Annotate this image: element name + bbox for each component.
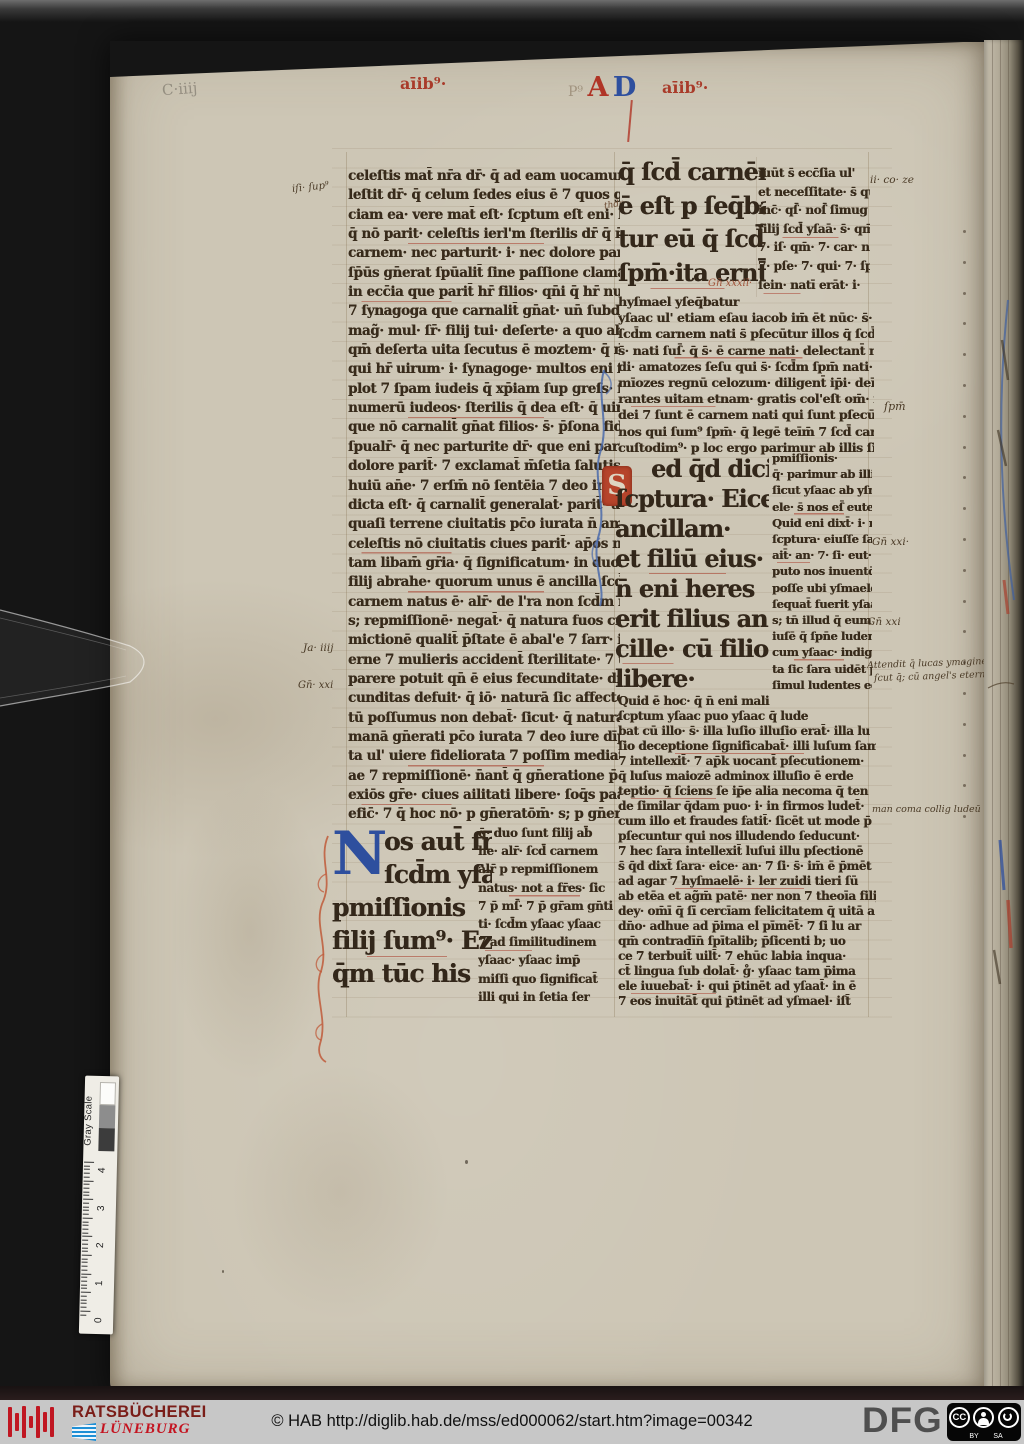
ruler-tick [84,1162,94,1163]
margin-note: Gn̄· xxi [298,680,333,691]
text-line: quaſi terrene ciuitatis pc̄o iurata n̄ a… [348,515,620,534]
text-line: q̄ nō parit· celeſtis ierl'm ſterilis dr… [348,225,620,244]
text-line: ait̄· an· 7· ſi· eut· s̄· ē· [772,547,872,563]
ruler-tick [81,1269,87,1270]
text-line: ele iuuebat̄· i· qui p̄tinēt ad yſaat̄· … [618,979,876,994]
text-line: huiū an̄e· 7 erſm̄ nō ſentēia 7 deo intr… [348,477,620,496]
text-line: poſſe ubi yſmaelē p [772,580,872,596]
text-line: ſio deceptione ſignificabat̄· illi luſum… [618,739,876,754]
ruler-tick [82,1247,88,1248]
prick-mark-dot [963,692,966,695]
calibration-patch-white [99,1082,116,1105]
gray-scale-label: Gray Scale [82,1082,100,1160]
text-line: natus· not a fr̄es· ſic [478,879,620,897]
text-line: tū poſſumus non debat̄· ſicut· q̄ natura… [348,709,620,728]
text-line: ſpualr̄· q̄ nec parturite dr̄· que eni p… [348,438,620,457]
ruler-tick [82,1243,88,1244]
prick-mark-dot [963,507,966,510]
text-line: 7 ad ſimilitudinem [478,933,620,951]
ruler-tick [82,1232,88,1233]
manuscript-page: C·iiij aīib⁹· P⁹ A D aīib⁹· iſi· ſup⁹ Ja… [110,42,988,1396]
cc-sa-icon [998,1407,1019,1428]
text-line: hyſmael yſeq̄batur [618,294,874,310]
text-line: yſaac ul' etiam eſau iacob im̄ ēt nūc· s… [618,310,874,326]
verse-heading-scriptura: ed q̄d dicitſcptura· Eiceancillam·et fil… [615,454,769,696]
prick-mark-dot [963,815,966,818]
running-title-letter-a: A [588,72,609,103]
text-line: di· amatozes ſeſu qui s̄· ſcd̄m ſpm̄ nat… [618,359,874,375]
text-line: 7 intellexit̄· 7 ap̄k uocant̄ pſecutione… [618,754,876,769]
calibration-patch-black [98,1128,115,1151]
ruler-scale: 43210 [85,1076,119,1077]
commentary-side-mid: pmiſſionis·q̄· parimur ab illisſicut yſa… [772,450,872,696]
text-line: q̄ ſcd̄ carnēna [618,155,766,189]
text-line: ſimul ludentes eod̄· [772,677,872,693]
text-line: pmiſſionis· [772,450,872,466]
text-line: s̄· nati ſuſ̄· q̄ s̄· ē carne nati· dele… [618,343,874,359]
commentary-side-top: iuūt s̄ ecc̄ſia ul'et neceſſitate· s̄ qu… [758,164,870,298]
pencil-foliation-mark: C·iiij [161,79,197,99]
prick-mark-dot [963,600,966,603]
text-line: iuūt s̄ ecc̄ſia ul' [758,164,870,183]
ruler-tick [81,1292,91,1293]
text-line: pſecuntur qui nos illudendo ſeducunt· [618,829,876,844]
prick-mark-dot [963,230,966,233]
text-line: ad agar 7 hyſmaelē· i· ler zuidi tieri ſ… [618,874,876,889]
text-line: et filiū eius· [615,544,769,574]
ruler-tick [84,1176,90,1177]
text-line: ſein· natī erāt· i· [758,276,870,295]
text-line: yſaac· yſaac imp̄ [478,951,620,969]
prick-mark-dot [963,630,966,633]
prick-mark-dot [963,476,966,479]
text-line: puto nos inuentq̄ [772,563,872,579]
text-line: ancillam· [615,514,769,544]
text-line: filij abrahe· quorum unus ē ancilla ſcd̄ [348,573,620,592]
text-line: dn̄o· adhue ad p̄ima el pīmēt̄· 7 ſi lu … [618,919,876,934]
cc-license-badge: CC BY SA [947,1403,1021,1441]
ruler-tick [82,1229,88,1230]
text-line: s; repmiſſionē· negat̄· q̄ natura fuos c… [348,612,620,631]
text-line: Quid eni dixt̄· i· reſēr [772,515,872,531]
prick-mark-dot [963,384,966,387]
ruler-number: 4 [97,1159,109,1173]
text-line: cum illo et fraudes fatit̄· ſicēt ut mod… [618,814,876,829]
text-line: cille· cū filio [615,634,769,664]
text-line: plot 7 ſpam iudeis q̄ xp̄iam ſup greſs· … [348,380,620,399]
text-line: erit filius an [615,604,769,634]
text-line: he· alr̄· ſcd̄ carnem [478,842,620,860]
text-line: dey· om̄ī q̄ ſī cercīam felicitatem q̄ u… [618,904,876,919]
running-title-flourish [627,100,633,142]
text-line: s̄ q̄d dixt̄ ſara· eice· an· 7 ſi· s̄· i… [618,859,876,874]
cc-by-icon [973,1407,994,1428]
text-line: qm̄ contradīn̄ ſpītalib; p̄ſicenti b; uo [618,934,876,949]
ruler-tick [82,1262,88,1263]
commentary-bottom-sub: q̄· duo ſunt filij ab̄he· alr̄· ſcd̄ car… [478,824,620,1010]
ruler-tick [83,1199,93,1200]
ruler-tick [82,1258,88,1259]
text-line: Quid ē hoc· q̄ n̄ eni mali [618,694,876,709]
running-title-faint-prefix: P⁹ [568,84,583,100]
margin-note: ii· co· ze [870,174,914,186]
text-line: qm̄ deſerta uita ſecutus ē moztem· q̄ m̄… [348,341,620,360]
cc-icon: CC [949,1407,970,1428]
person-icon [981,1412,986,1417]
text-line: ſequat̄ fuerit yſaac̄· [772,596,872,612]
ruler-tick [83,1195,89,1196]
text-line: parere potuit qn̄ ē eius fecunditate· dm… [348,670,620,689]
parchment-stain [170,782,330,1082]
text-line: alr̄ p repmiſſionem [478,860,620,878]
text-line: carnem natus ē· alr̄· de l'ra non ſcd̄m … [348,593,620,612]
quire-mark-right: aīib⁹· [662,78,708,97]
ruler-tick [82,1225,88,1226]
text-line: ce 7 terbuit̄ uilt̄· 7 ehūc labia inqua· [618,949,876,964]
book-fore-edge [984,40,1024,1392]
text-line: ſp̄ūs gn̄erat ſpūalit̄ ſine paſſione cla… [348,264,620,283]
gray-scale-ruler: Gray Scale 43210 [79,1076,119,1335]
text-line: qui hr̄ uirum· i· ſynagoge· multos eni ſ… [348,360,620,379]
text-line: ta ſic ſara uidēt p̄uo [772,661,872,677]
ruler-tick [80,1310,90,1311]
text-line: ſicut yſaac ab yſma [772,482,872,498]
quire-mark-left: aīib⁹· [400,74,446,93]
text-line: mag̃· mul· ſr̄· filij tui· deſerte· a qu… [348,322,620,341]
ruler-tick [81,1277,87,1278]
text-line: celeſtis nō ciuitatis ciues parit̄· ap̄o… [348,535,620,554]
prick-mark-dot [963,322,966,325]
text-line: miſſi quo ſignificat̄ [478,970,620,988]
ruler-number: 1 [94,1271,106,1285]
margin-note: Gn̄ xxi· [872,536,909,548]
ruler-tick [83,1210,89,1211]
text-line: dolore parit̄· 7 exclamat̄ m̄ſetia ſalut… [348,457,620,476]
ruler-tick [82,1240,88,1241]
cc-sa-label: SA [983,1433,1013,1440]
text-line: mictionē qualit̄ p̄ſtate ē abal'e 7 ſarr… [348,631,620,650]
prick-mark-dot [963,538,966,541]
prick-mark-dot [963,723,966,726]
text-line: ti· ſcd̄m yſaac yſaac [478,915,620,933]
ruler-tick [83,1206,89,1207]
text-line: 7· pſe· 7· qui· 7· ſpm̄· [758,257,870,276]
text-line: ele· s̄ nos eſ̄ eutem⁹ [772,499,872,515]
text-line: illi qui in ſetia ſer [478,988,620,1006]
ruler-number: 3 [96,1196,108,1210]
ruler-tick [80,1307,86,1308]
text-line: s; tn̄ illud q̄ eum s̄ [772,612,872,628]
ruler-tick [81,1299,87,1300]
text-line: manā gn̄erati pc̄o iurata 7 deo iure dīp… [348,728,620,747]
margin-note: ſpm̄ [884,400,906,413]
prick-mark-dot [963,292,966,295]
verse-heading-nos: os aut̄ fr̄esſcd̄m yſaacpmiſſionisfilij … [332,825,492,995]
text-line: 7 hec ſara intellexit̄ luſui illu pſecti… [618,844,876,859]
text-line: os aut̄ fr̄es [384,825,492,858]
commentary-middle: hyſmael yſeq̄baturyſaac ul' etiam eſau i… [618,294,874,456]
text-line: dicta eſt· q̄ carnalit̄ generalat̄· pari… [348,496,620,515]
facing-page-text-glimpse [984,830,1018,990]
text-line: inc̄· qſ̄· noſ̄ ſimug [758,201,870,220]
parchment-stain [230,1062,450,1322]
ruler-tick [81,1281,87,1282]
text-line: ed q̄d dicit [651,454,769,484]
text-line: 7 eos inuitāt̄ qui p̄tinēt ad yſmael· iſ… [618,994,876,1009]
ruler-tick [84,1173,90,1174]
text-line: q̄· duo ſunt filij ab̄ [478,824,620,842]
text-line: rantes uitam etnam· gratis col'eſt om̄· … [618,391,874,407]
ruler-tick [81,1284,87,1285]
ruler-tick [82,1251,88,1252]
text-line: numerū iudeos· ſterilis q̄ dea eſt· q̄ u… [348,399,620,418]
text-line: q̄ luſus maiozē adminox illuſio ē erde [618,769,876,784]
parchment-speck [465,1160,468,1164]
text-line: ab etēa et ag̃m̄ patē· ner non 7 theoīa … [618,889,876,904]
margin-note: Gn̄ xxi [867,616,901,628]
text-line: nos qui ſum⁹ ſpm̄· q̄ legē teīm̄ 7 ſcd̄ … [618,424,874,440]
text-line: celeſtis mat̄ nr̄a dr̄· q̄ ad eam uocamu… [348,167,620,186]
inline-reference-red: Gn̄ xxxiī· [708,278,752,289]
margin-note-cursive: man coma collig ludeū illa [872,804,999,815]
footer-divider [0,1386,1024,1400]
facing-page-text-glimpse [984,280,1018,700]
text-line: in ecc̄ia que parit̄ hr̄ filios· qn̄i q̄… [348,283,620,302]
ruler-tick [82,1255,92,1256]
prick-mark-dot [963,446,966,449]
text-line: libere· [615,664,769,694]
text-line: ct̄ lingua ſub dolat̄· g̊· yſaac tam p̄i… [618,964,876,979]
ruler-tick [83,1214,89,1215]
prick-mark-dot [963,784,966,787]
text-line: filij ſum⁹· Ez [332,924,492,957]
text-line: ae 7 repmiſſionē· n̄ant̄ q̄ gn̄eratione … [348,767,620,786]
prick-mark-dot [963,261,966,264]
calibration-patch-gray [99,1105,116,1128]
text-line: iuſē q̄ ſpn̄e ludent̄ [772,628,872,644]
text-line: 7 ſynagoga que carnalit̄ gn̄at· un̄ ſubd… [348,302,620,321]
page-edge-crease [1008,40,1009,1392]
prick-mark-dot [963,353,966,356]
text-line: ta ul' uiere fideliorata 7 poſſim mediat… [348,747,620,766]
prick-mark-dot [963,415,966,418]
ruler-tick [81,1303,87,1304]
text-line: bat cū illo· s̄· illa luſio illuſio erat… [618,724,876,739]
text-line: mīozes regnū celozum· diligent̄ ip̄i· de… [618,375,874,391]
text-line: leſtit dr̄· q̄ celum ſedes eius ē 7 quos… [348,186,620,205]
verse-heading-carnem: q̄ ſcd̄ carnēnaē eſt p ſeq̄batur eū q̄ ſ… [618,155,766,293]
ruler-tick [80,1314,86,1315]
ruler-tick [83,1191,89,1192]
text-line: 7 p̄ mſ̄· 7 p̄ gr̄am gn̄ti [478,897,620,915]
text-line: efic̄· 7 q̄ hoc nō· p gn̄eratōm̄· s; p g… [348,805,620,824]
text-line: ſcd̄m yſaac [384,858,492,891]
ruler-tick [81,1273,91,1274]
text-line: ſcd̄m carnem nati s̄ pſecūtur illos q̄ ſ… [618,326,874,342]
ruler-tick [82,1236,92,1237]
text-line: cum yſaac· indigna [772,644,872,660]
text-line: ciam ea· vere mat̄ eſt· ſcptum eſt eni· … [348,206,620,225]
ruler-tick [83,1184,89,1185]
digitized-manuscript-viewer: { "colors": { "red_ink":"#a93b2a", "blue… [0,0,1024,1444]
prick-mark-dot [963,754,966,757]
page-top-edge-shadow [110,41,988,77]
margin-note: iſi· ſup⁹ [292,180,330,195]
commentary-bottom: Quid ē hoc· q̄ n̄ eni maliſcptum yſaac p… [618,694,876,1010]
text-line: 7· iſ· qm̄· 7· car· na· [758,238,870,257]
text-line: dei 7 ſunt ē carnem nati qui ſunt pſecūt… [618,407,874,423]
text-line: de ſimilar q̄dam puo· i· in firmos ludet… [618,799,876,814]
share-alike-icon [1003,1412,1012,1421]
text-line: tur eū q̄ ſcd̄ [618,222,766,256]
ruler-tick [83,1188,89,1189]
left-column-text: celeſtis mat̄ nr̄a dr̄· q̄ ad eam uocamu… [348,167,620,827]
running-title: P⁹ A D [568,72,636,103]
ruler-tick [81,1288,87,1289]
parchment-speck [222,1270,224,1273]
ruler-tick [84,1169,90,1170]
text-line: ſcptura· eiuſſe ſara [772,531,872,547]
text-line: n̄ eni heres [615,574,769,604]
text-line: pmiſſionis [332,891,492,924]
text-line: que nō carnalit̄ gn̄at filios· s̄· p̄ſon… [348,418,620,437]
page-edge-crease [1000,40,1001,1392]
text-line: filij ſcd̄ yſaā· s̄· qm̄· [758,220,870,239]
text-line: q̄m tūc his [332,957,492,990]
text-line: exiōs gr̄e· ciues ailitati libere· ſoq̄s… [348,786,620,805]
text-line: cunditas defuit· q̄ iō· naturā ſic affec… [348,689,620,708]
text-line: ſcptura· Eice [615,484,769,514]
text-line: erne 7 mulieris accident̄ ſterilitate· 7… [348,651,620,670]
page-edge-crease [992,40,993,1392]
ruler-tick [84,1165,90,1166]
ruler-tick [83,1217,93,1218]
text-line: q̄· parimur ab illis [772,466,872,482]
text-line: et neceſſitate· s̄ que [758,183,870,202]
ruler-tick [84,1180,94,1181]
ruler-tick [81,1295,87,1296]
ruler-tick [83,1203,89,1204]
dfg-logo: DFG [862,1401,943,1441]
text-line: teptio· q̄ ſciens ſe ip̄e alia necoma q̄… [618,784,876,799]
scanner-bed-edge [0,0,1024,22]
text-line: tam libam̄ gr̄ia· q̄ ſignificatum· in du… [348,554,620,573]
ruler-number: 0 [93,1309,105,1323]
text-line: ē eſt p ſeq̄ba [618,189,766,223]
text-line: carnem· nec parturit· i· nec dolore pari… [348,244,620,263]
running-title-letter-d: D [613,72,636,103]
text-line: ſcptum yſaac puo yſaac q̄ lude [618,709,876,724]
margin-note: Ja· iiij [303,642,333,654]
ruler-number: 2 [95,1234,107,1248]
ruler-tick [83,1221,89,1222]
prick-mark-dot [963,569,966,572]
ruler-tick [81,1266,87,1267]
footer-bar: RATSBÜCHEREI LÜNEBURG © HAB http://digli… [0,1400,1024,1444]
